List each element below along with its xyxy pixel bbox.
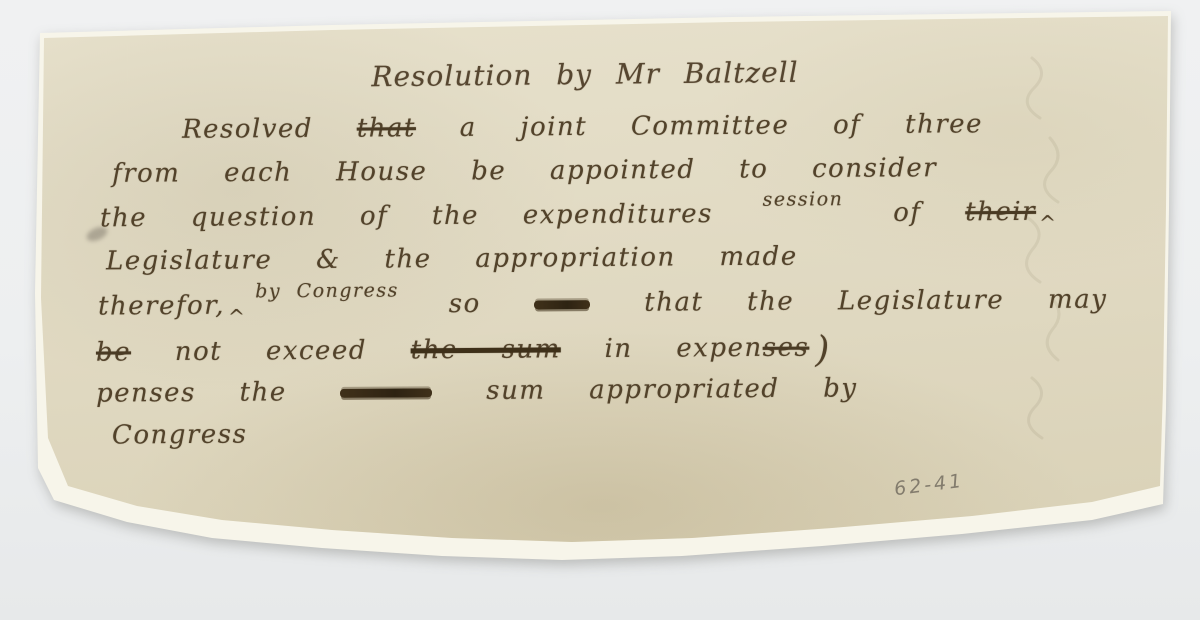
handwriting-segment: therefor, bbox=[98, 291, 225, 322]
manuscript-paper: Resolution by Mr Baltzell Resolved that … bbox=[32, 8, 1172, 574]
catalog-number: 62-41 bbox=[893, 470, 965, 500]
manuscript-line-7: penses the sum appropriated by bbox=[96, 373, 858, 408]
scan-background: Resolution by Mr Baltzell Resolved that … bbox=[0, 0, 1200, 620]
manuscript-line-4: Legislature & the appropriation made bbox=[106, 242, 798, 277]
handwriting-segment: Congress bbox=[112, 420, 248, 451]
handwriting-segment: of bbox=[849, 197, 965, 228]
handwriting-segment: by Congress bbox=[255, 279, 399, 302]
manuscript-line-2: from each House be appointed to consider bbox=[112, 153, 937, 189]
handwriting-segment: the sum bbox=[411, 334, 561, 365]
handwriting-segment: so bbox=[405, 289, 525, 320]
handwriting-segment: Legislature & the appropriation made bbox=[106, 242, 798, 277]
manuscript-line-6: be not exceed the sum in expenses) bbox=[96, 329, 831, 375]
handwriting-segment: ^ bbox=[228, 304, 246, 328]
handwriting-segment: be bbox=[96, 337, 131, 367]
handwriting-segment: the question of the expenditures bbox=[100, 199, 757, 234]
manuscript-line-5: therefor,^by Congress so that the Legisl… bbox=[98, 284, 1108, 321]
manuscript-line-1: Resolved that a joint Committee of three bbox=[182, 109, 983, 145]
handwriting-segment: from each House be appointed to consider bbox=[112, 153, 937, 189]
manuscript-line-8: Congress bbox=[112, 420, 248, 451]
manuscript-line-3: the question of the expenditures session… bbox=[100, 197, 1061, 234]
document-title: Resolution by Mr Baltzell bbox=[371, 56, 798, 93]
handwriting-segment: in expen bbox=[561, 333, 763, 364]
ink-showthrough bbox=[1002, 48, 1092, 468]
handwriting-segment: their bbox=[965, 197, 1036, 227]
handwriting-segment: session bbox=[763, 188, 844, 211]
handwriting-segment: Resolved bbox=[182, 114, 357, 145]
paper-sheet: Resolution by Mr Baltzell Resolved that … bbox=[32, 8, 1172, 574]
handwriting-segment: a joint Committee of three bbox=[416, 109, 983, 143]
handwriting-segment: penses the bbox=[96, 377, 331, 409]
handwriting-segment: ^ bbox=[1039, 211, 1057, 235]
handwriting-segment: sum appropriated by bbox=[442, 373, 857, 406]
handwriting-segment: ) bbox=[815, 329, 831, 370]
handwriting-segment: ses bbox=[763, 333, 810, 363]
scribbled-out-word bbox=[534, 300, 590, 309]
handwriting-segment: not exceed bbox=[131, 335, 411, 367]
scribbled-out-word bbox=[340, 388, 432, 398]
handwriting-segment: that bbox=[357, 113, 416, 143]
handwriting-segment: that the Legislature may bbox=[600, 284, 1107, 318]
